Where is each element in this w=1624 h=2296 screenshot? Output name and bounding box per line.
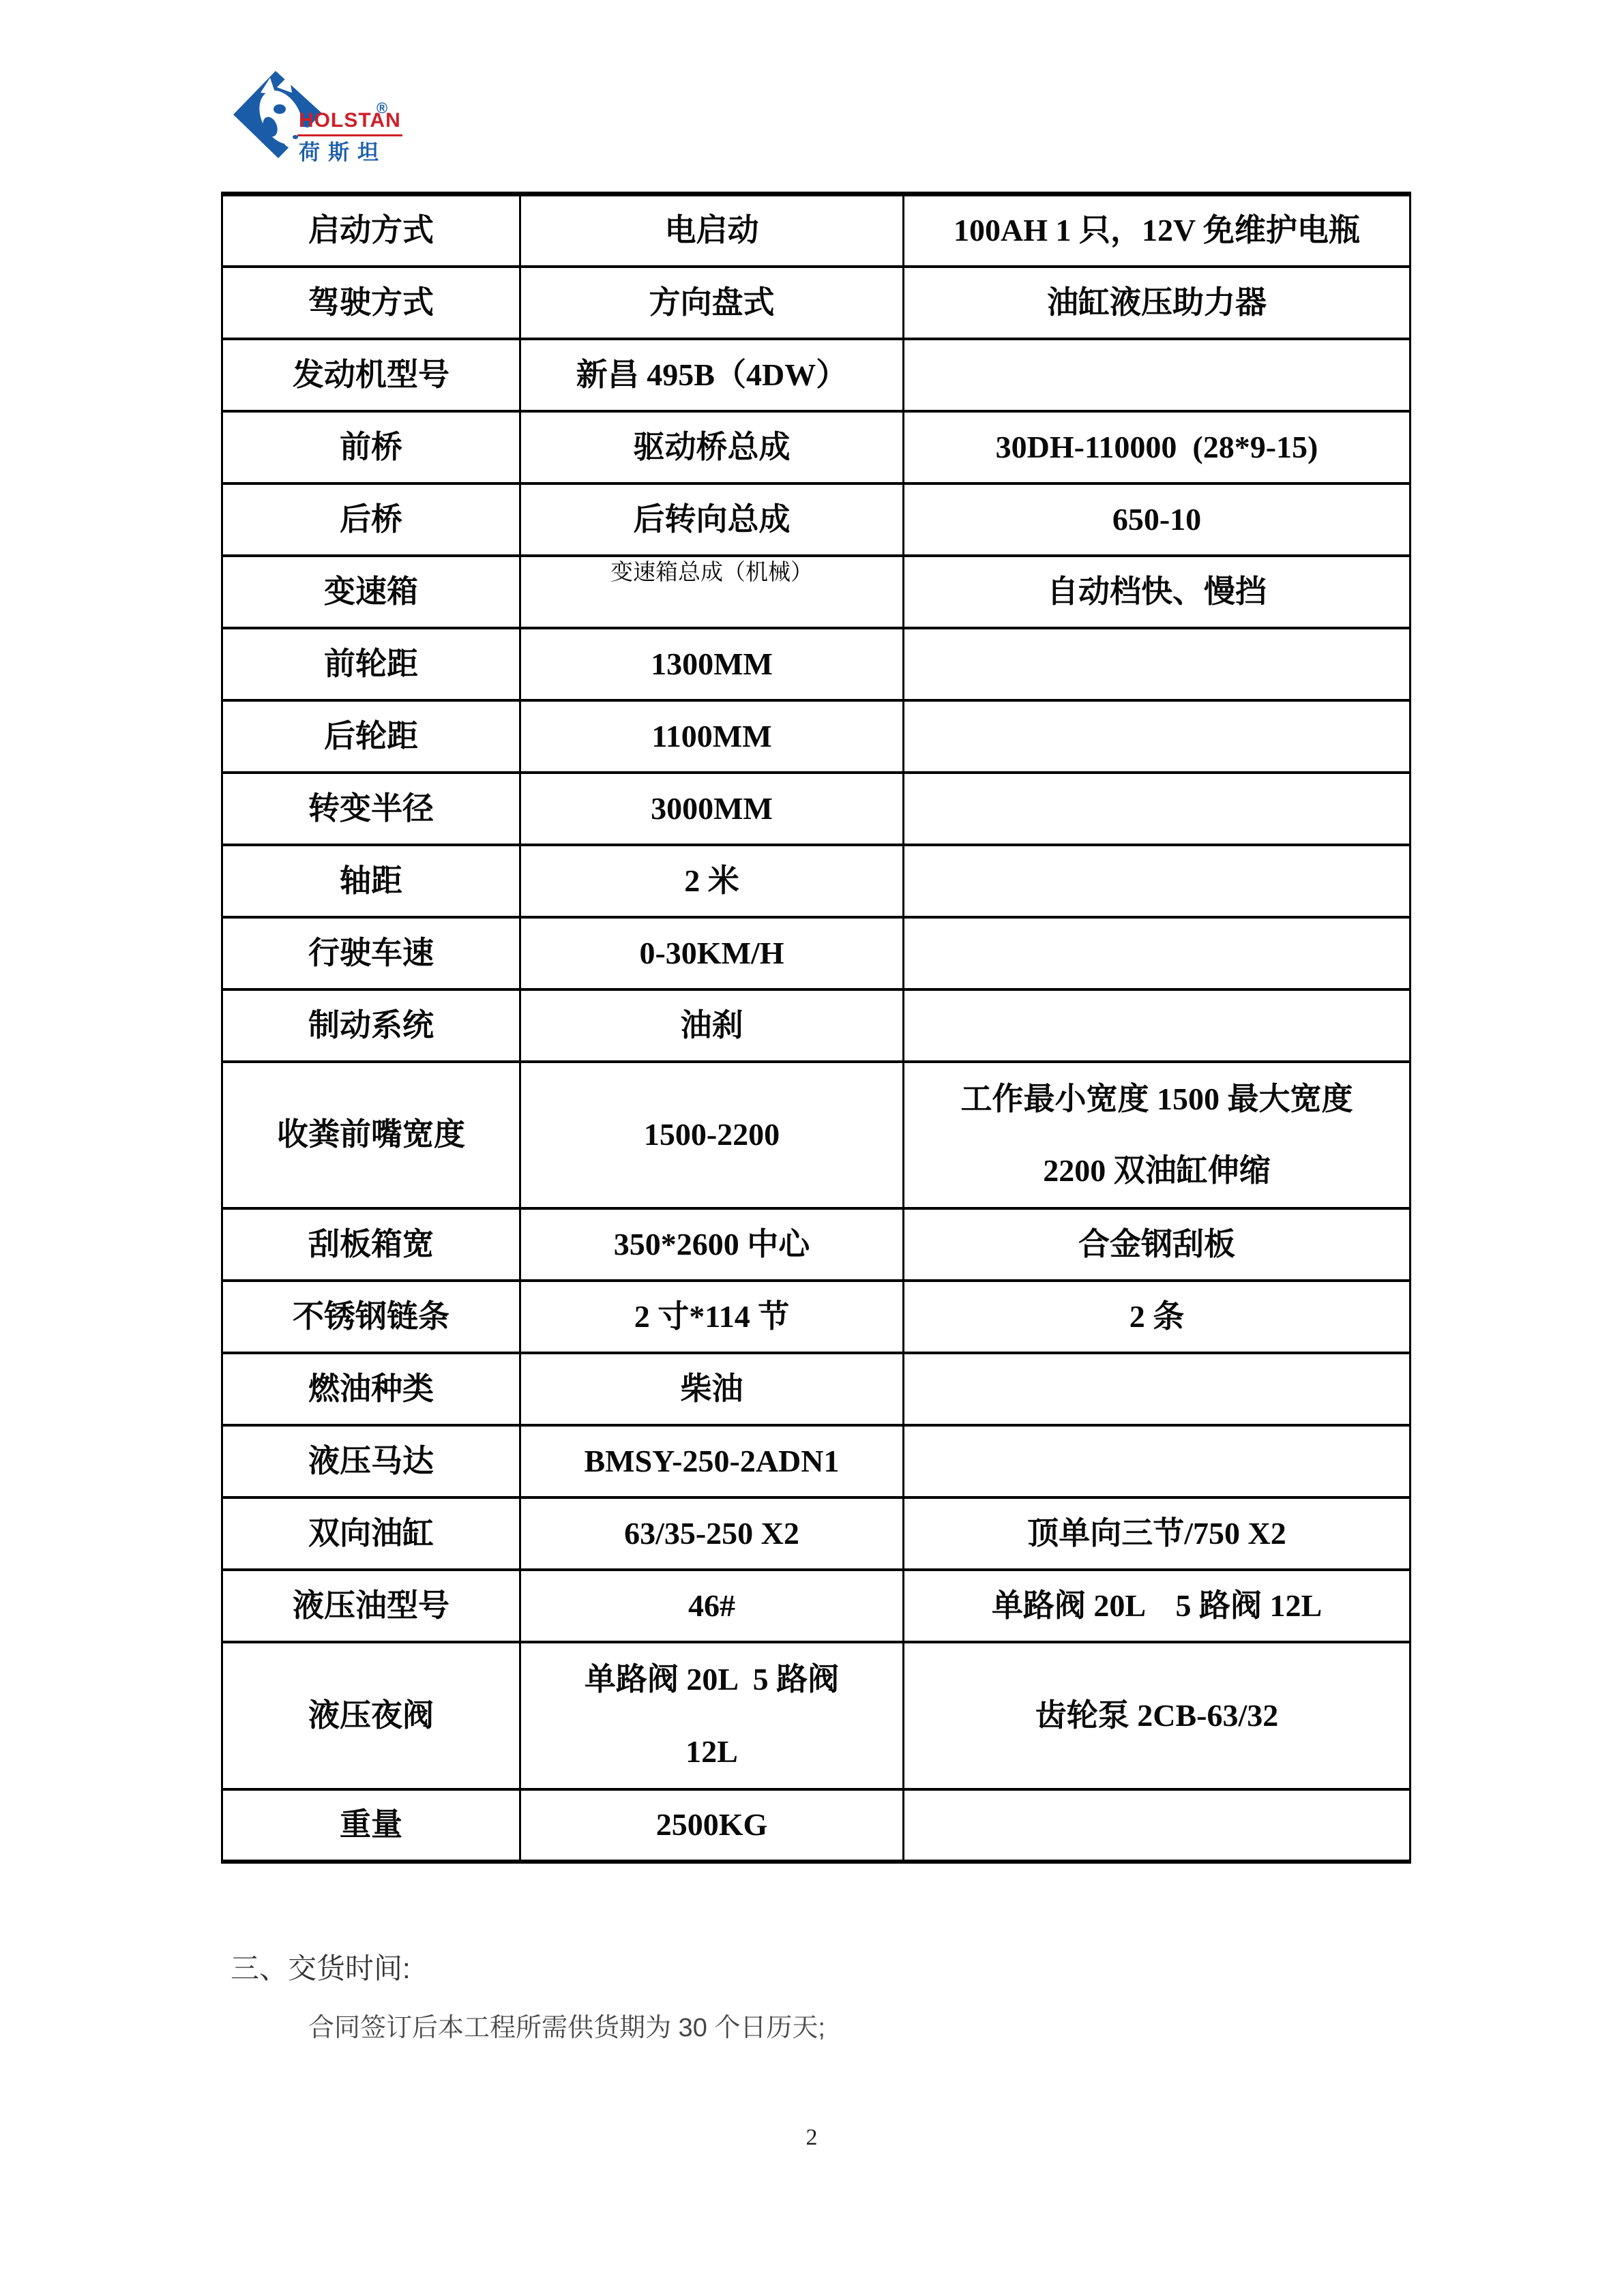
table-row: 后桥 后转向总成 650-10 [222, 483, 1411, 556]
spec-value-cell: 柴油 [520, 1353, 904, 1425]
spec-value-cell: 2 米 [520, 845, 904, 917]
table-row: 液压油型号 46# 单路阀 20L 5 路阀 12L [222, 1570, 1411, 1642]
spec-label-cell: 液压油型号 [222, 1570, 520, 1642]
holstan-logo: HOLSTAN ® 荷斯坦 [232, 70, 464, 172]
spec-note-cell [904, 773, 1411, 845]
spec-note-cell [904, 339, 1411, 411]
table-row: 制动系统 油刹 [222, 989, 1411, 1062]
spec-value-cell: 350*2600 中心 [520, 1208, 904, 1281]
spec-value-cell: 3000MM [520, 773, 904, 845]
table-row: 变速箱 变速箱总成（机械） 自动档快、慢挡 [222, 556, 1411, 628]
spec-value-cell: 2500KG [520, 1789, 904, 1862]
spec-note-cell: 齿轮泵 2CB-63/32 [904, 1642, 1411, 1789]
spec-label-cell: 发动机型号 [222, 339, 520, 411]
spec-label-cell: 制动系统 [222, 989, 520, 1062]
spec-note-cell [904, 1353, 1411, 1425]
spec-note-cell [904, 845, 1411, 917]
table-row: 收粪前嘴宽度 1500-2200 工作最小宽度 1500 最大宽度 2200 双… [222, 1062, 1411, 1209]
spec-label-cell: 燃油种类 [222, 1353, 520, 1425]
table-row: 转变半径 3000MM [222, 773, 1411, 845]
spec-note-cell: 油缸液压助力器 [904, 267, 1411, 339]
spec-note-cell: 100AH 1 只，12V 免维护电瓶 [904, 194, 1411, 267]
spec-value-cell: 方向盘式 [520, 267, 904, 339]
spec-value-cell: 0-30KM/H [520, 917, 904, 989]
spec-label-cell: 液压夜阀 [222, 1642, 520, 1789]
spec-value-cell: 1500-2200 [520, 1062, 904, 1209]
spec-label-cell: 双向油缸 [222, 1497, 520, 1570]
spec-note-cell [904, 1425, 1411, 1497]
spec-value-cell: 新昌 495B（4DW） [520, 339, 904, 411]
spec-note-cell: 2 条 [904, 1281, 1411, 1353]
spec-note-cell: 合金钢刮板 [904, 1208, 1411, 1281]
table-row: 双向油缸 63/35-250 X2 顶单向三节/750 X2 [222, 1497, 1411, 1570]
section-heading: 三、交货时间: [231, 1946, 411, 1987]
spec-note-cell: 650-10 [904, 483, 1411, 556]
spec-label-cell: 变速箱 [222, 556, 520, 628]
spec-label-cell: 不锈钢链条 [222, 1281, 520, 1353]
spec-note-cell [904, 700, 1411, 773]
spec-value-cell: 1300MM [520, 628, 904, 700]
table-row: 后轮距 1100MM [222, 700, 1411, 773]
spec-note-cell [904, 989, 1411, 1062]
spec-label-cell: 刮板箱宽 [222, 1208, 520, 1281]
table-row: 液压马达 BMSY-250-2ADN1 [222, 1425, 1411, 1497]
spec-note-cell [904, 1789, 1411, 1862]
table-row: 不锈钢链条 2 寸*114 节 2 条 [222, 1281, 1411, 1353]
spec-table: 启动方式 电启动 100AH 1 只，12V 免维护电瓶 驾驶方式 方向盘式 油… [221, 192, 1411, 1864]
spec-value-cell: 2 寸*114 节 [520, 1281, 904, 1353]
spec-label-cell: 转变半径 [222, 773, 520, 845]
spec-label-cell: 后桥 [222, 483, 520, 556]
table-row: 液压夜阀 单路阀 20L 5 路阀 12L 齿轮泵 2CB-63/32 [222, 1642, 1411, 1789]
table-row: 行驶车速 0-30KM/H [222, 917, 1411, 989]
spec-value-cell: 后转向总成 [520, 483, 904, 556]
spec-note-cell: 30DH-110000 (28*9-15) [904, 411, 1411, 483]
table-row: 刮板箱宽 350*2600 中心 合金钢刮板 [222, 1208, 1411, 1281]
table-row: 前桥 驱动桥总成 30DH-110000 (28*9-15) [222, 411, 1411, 483]
spec-note-cell [904, 628, 1411, 700]
spec-label-cell: 前轮距 [222, 628, 520, 700]
spec-label-cell: 行驶车速 [222, 917, 520, 989]
table-row: 前轮距 1300MM [222, 628, 1411, 700]
spec-value-cell: 1100MM [520, 700, 904, 773]
spec-label-cell: 驾驶方式 [222, 267, 520, 339]
spec-label-cell: 轴距 [222, 845, 520, 917]
spec-note-cell: 工作最小宽度 1500 最大宽度 2200 双油缸伸缩 [904, 1062, 1411, 1209]
spec-value-cell: 63/35-250 X2 [520, 1497, 904, 1570]
page-number: 2 [784, 2125, 839, 2151]
spec-note-cell: 自动档快、慢挡 [904, 556, 1411, 628]
table-row: 轴距 2 米 [222, 845, 1411, 917]
spec-label-cell: 液压马达 [222, 1425, 520, 1497]
table-row: 重量 2500KG [222, 1789, 1411, 1862]
table-row: 燃油种类 柴油 [222, 1353, 1411, 1425]
spec-note-cell: 单路阀 20L 5 路阀 12L [904, 1570, 1411, 1642]
table-row: 发动机型号 新昌 495B（4DW） [222, 339, 1411, 411]
spec-note-cell [904, 917, 1411, 989]
spec-label-cell: 收粪前嘴宽度 [222, 1062, 520, 1209]
spec-value-cell: 电启动 [520, 194, 904, 267]
document-page: HOLSTAN ® 荷斯坦 启动方式 电启动 100AH 1 只，12V 免维护… [0, 0, 1624, 2296]
spec-label-cell: 重量 [222, 1789, 520, 1862]
spec-value-cell: 变速箱总成（机械） [520, 556, 904, 628]
spec-label-cell: 启动方式 [222, 194, 520, 267]
brand-name-cn: 荷斯坦 [299, 135, 387, 166]
spec-value-cell: BMSY-250-2ADN1 [520, 1425, 904, 1497]
registered-mark-icon: ® [377, 100, 387, 117]
spec-note-cell: 顶单向三节/750 X2 [904, 1497, 1411, 1570]
delivery-text: 合同签订后本工程所需供货期为 30 个日历天; [308, 2006, 825, 2044]
spec-value-cell: 驱动桥总成 [520, 411, 904, 483]
table-row: 驾驶方式 方向盘式 油缸液压助力器 [222, 267, 1411, 339]
spec-label-cell: 前桥 [222, 411, 520, 483]
table-row: 启动方式 电启动 100AH 1 只，12V 免维护电瓶 [222, 194, 1411, 267]
spec-value-cell: 油刹 [520, 989, 904, 1062]
spec-label-cell: 后轮距 [222, 700, 520, 773]
spec-value-cell: 单路阀 20L 5 路阀 12L [520, 1642, 904, 1789]
spec-value-cell: 46# [520, 1570, 904, 1642]
